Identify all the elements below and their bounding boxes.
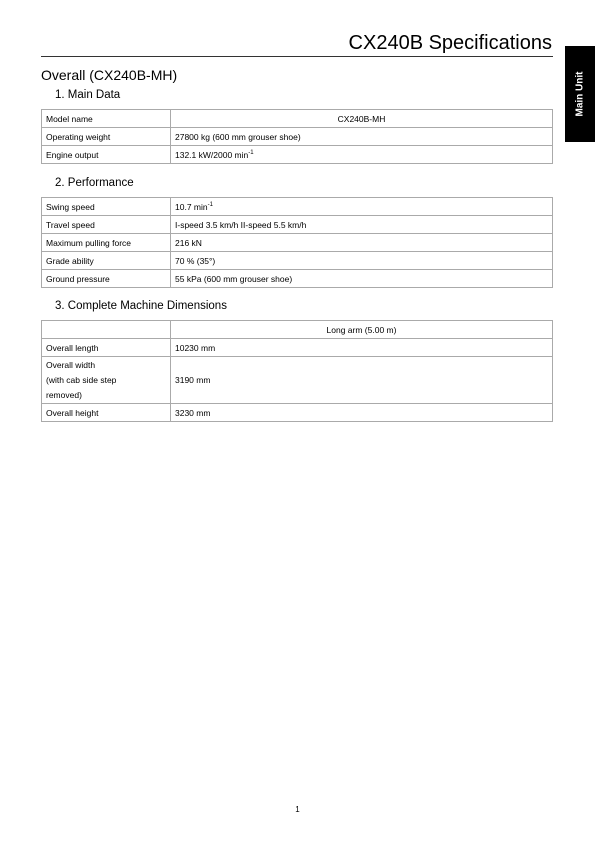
- table-row: Travel speed I-speed 3.5 km/h II-speed 5…: [42, 216, 553, 234]
- row-value: 10230 mm: [171, 339, 553, 357]
- row-value: 70 % (35°): [171, 252, 553, 270]
- table-row: Swing speed 10.7 min-1: [42, 198, 553, 216]
- row-value: CX240B-MH: [171, 110, 553, 128]
- value-text: 132.1 kW/2000 min: [175, 150, 248, 160]
- row-label: Travel speed: [42, 216, 171, 234]
- column-header: Long arm (5.00 m): [171, 321, 553, 339]
- row-label: Operating weight: [42, 128, 171, 146]
- label-line: removed): [46, 388, 166, 403]
- table-row: Operating weight 27800 kg (600 mm grouse…: [42, 128, 553, 146]
- label-line: Overall width: [46, 358, 166, 373]
- superscript: -1: [248, 150, 253, 156]
- section-title: Overall (CX240B-MH): [41, 67, 177, 83]
- table-row: Maximum pulling force 216 kN: [42, 234, 553, 252]
- row-label: Overall length: [42, 339, 171, 357]
- row-value: 27800 kg (600 mm grouser shoe): [171, 128, 553, 146]
- row-value: 3230 mm: [171, 404, 553, 422]
- row-label: Model name: [42, 110, 171, 128]
- row-value: 3190 mm: [171, 357, 553, 404]
- table-row: Overall height 3230 mm: [42, 404, 553, 422]
- performance-table: Swing speed 10.7 min-1 Travel speed I-sp…: [41, 197, 553, 288]
- row-value: 10.7 min-1: [171, 198, 553, 216]
- table-row: Overall length 10230 mm: [42, 339, 553, 357]
- performance-title: 2. Performance: [55, 177, 134, 189]
- dimensions-title: 3. Complete Machine Dimensions: [55, 300, 227, 312]
- row-value: 132.1 kW/2000 min-1: [171, 146, 553, 164]
- table-row: Model name CX240B-MH: [42, 110, 553, 128]
- row-label: Swing speed: [42, 198, 171, 216]
- header-empty-cell: [42, 321, 171, 339]
- row-label: Ground pressure: [42, 270, 171, 288]
- page-header-title: CX240B Specifications: [349, 31, 552, 55]
- value-text: 10.7 min: [175, 202, 208, 212]
- table-row: Engine output 132.1 kW/2000 min-1: [42, 146, 553, 164]
- label-line: (with cab side step: [46, 373, 166, 388]
- table-header-row: Long arm (5.00 m): [42, 321, 553, 339]
- section-tab-label: Main Unit: [575, 72, 586, 117]
- table-row: Ground pressure 55 kPa (600 mm grouser s…: [42, 270, 553, 288]
- superscript: -1: [208, 202, 213, 208]
- row-label: Engine output: [42, 146, 171, 164]
- row-value: 55 kPa (600 mm grouser shoe): [171, 270, 553, 288]
- row-value: 216 kN: [171, 234, 553, 252]
- row-value: I-speed 3.5 km/h II-speed 5.5 km/h: [171, 216, 553, 234]
- page-number: 1: [0, 805, 595, 814]
- main-data-title: 1. Main Data: [55, 89, 120, 101]
- section-tab-main-unit: Main Unit: [565, 46, 595, 142]
- header-divider: [41, 56, 553, 57]
- main-data-table: Model name CX240B-MH Operating weight 27…: [41, 109, 553, 164]
- table-row: Grade ability 70 % (35°): [42, 252, 553, 270]
- row-label: Maximum pulling force: [42, 234, 171, 252]
- dimensions-table: Long arm (5.00 m) Overall length 10230 m…: [41, 320, 553, 422]
- row-label: Overall width (with cab side step remove…: [42, 357, 171, 404]
- row-label: Grade ability: [42, 252, 171, 270]
- row-label: Overall height: [42, 404, 171, 422]
- table-row: Overall width (with cab side step remove…: [42, 357, 553, 404]
